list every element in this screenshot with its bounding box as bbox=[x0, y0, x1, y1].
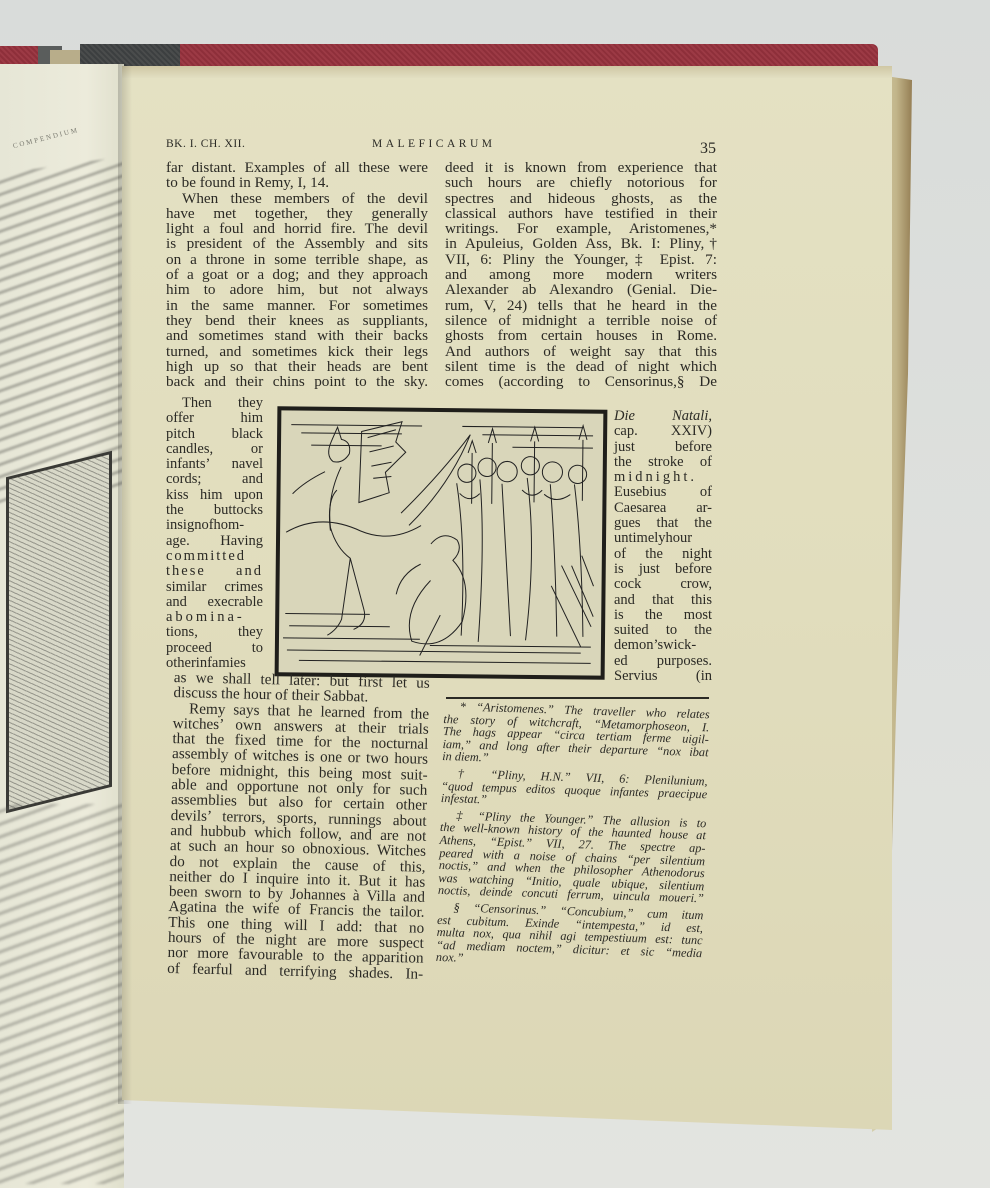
text-line: is the most bbox=[614, 608, 712, 623]
text-line: back and their chins point to the sky. bbox=[166, 374, 428, 389]
text-line: classical authors have testified in thei… bbox=[445, 206, 717, 221]
running-head-chapter: BK. I. CH. XII. bbox=[166, 138, 245, 150]
text-line: abomina- bbox=[166, 610, 263, 625]
text-line: to be found in Remy, I, 14. bbox=[166, 175, 428, 190]
page-top-edge bbox=[122, 66, 892, 78]
text-line: light a foul and horrid fire. The devil bbox=[166, 221, 428, 236]
text-line: and sometimes stand with their backs bbox=[166, 328, 428, 343]
text-line: midnight. bbox=[614, 470, 712, 485]
text-line: of a goat or a dog; and they approach bbox=[166, 267, 428, 282]
text-line: him to adore him, but not always bbox=[166, 282, 428, 297]
text-line: and that this bbox=[614, 593, 712, 608]
text-line: deed it is known from experience that bbox=[445, 160, 717, 175]
text-line: such hours are chiefly notorious for bbox=[445, 175, 717, 190]
text-line: of the night bbox=[614, 547, 712, 562]
text-line: turned, and sometimes kick their legs bbox=[166, 344, 428, 359]
text-line: is just before bbox=[614, 562, 712, 577]
text-line: far distant. Examples of all these were bbox=[166, 160, 428, 175]
text-line: When these members of the devil bbox=[166, 191, 428, 206]
text-line: silence of midnight a terrible noise of bbox=[445, 313, 717, 328]
text-line: the stroke of bbox=[614, 455, 712, 470]
text-line: they bend their knees as suppliants, bbox=[166, 313, 428, 328]
text-line: Servius (in bbox=[614, 669, 712, 684]
text-line: writings. For example, Aristomenes,* bbox=[445, 221, 717, 236]
page-number: 35 bbox=[700, 140, 716, 158]
gutter-shadow bbox=[118, 64, 132, 1104]
text-line: is president of the Assembly and sits bbox=[166, 236, 428, 251]
text-line: silent time is the dead of night which bbox=[445, 359, 717, 374]
text-line: infants’ navel bbox=[166, 457, 263, 472]
running-head-title: MALEFICARUM bbox=[372, 138, 495, 150]
left-page: COMPENDIUM bbox=[0, 64, 124, 1188]
text-line: insignofhom- bbox=[166, 518, 263, 533]
text-line: kiss him upon bbox=[166, 488, 263, 503]
footnote-asterisk: * “Aristomenes.” The traveller who relat… bbox=[442, 700, 710, 771]
text-line: gues that the bbox=[614, 516, 712, 531]
text-line: Caesarea ar- bbox=[614, 501, 712, 516]
right-column-top: deed it is known from experience that su… bbox=[445, 160, 717, 389]
text-line: demon’swick- bbox=[614, 638, 712, 653]
footnotes: * “Aristomenes.” The traveller who relat… bbox=[436, 700, 710, 976]
footnote-section: § “Censorinus.” “Concubium,” cum itum es… bbox=[436, 901, 704, 972]
text-line: suited to the bbox=[614, 623, 712, 638]
text-line: age. Having bbox=[166, 534, 263, 549]
footnote-rule bbox=[446, 697, 709, 699]
text-line: Eusebius of bbox=[614, 485, 712, 500]
left-page-text-blurred-lower bbox=[0, 804, 124, 1184]
text-line: in Apuleius, Golden Ass, Bk. I: Pliny,† bbox=[445, 236, 717, 251]
text-line: in the same manner. For sometimes bbox=[166, 298, 428, 313]
text-line: tions, they bbox=[166, 625, 263, 640]
text-line: these and bbox=[166, 564, 263, 579]
text-line: cap. XXIV) bbox=[614, 424, 712, 439]
left-column-wrap: Then they offer him pitch black candles,… bbox=[166, 396, 263, 671]
text-line: committed bbox=[166, 549, 263, 564]
text-line: VII, 6: Pliny the Younger,‡ Epist. 7: bbox=[445, 252, 717, 267]
footnote-double-dagger: ‡ “Pliny the Younger.” The allusion is t… bbox=[438, 809, 707, 905]
text-line: Then they bbox=[166, 396, 263, 411]
text-line: proceed to bbox=[166, 641, 263, 656]
right-column-wrap: Die Natali, cap. XXIV) just before the s… bbox=[614, 409, 712, 684]
left-column-top: far distant. Examples of all these were … bbox=[166, 160, 428, 389]
text-line: ed purposes. bbox=[614, 654, 712, 669]
text-line: ghosts from certain houses in Rome. bbox=[445, 328, 717, 343]
text-line: untimelyhour bbox=[614, 531, 712, 546]
text-line: just before bbox=[614, 440, 712, 455]
text-line: on a throne in some terrible shape, as bbox=[166, 252, 428, 267]
text-line: offer him bbox=[166, 411, 263, 426]
text-line: the buttocks bbox=[166, 503, 263, 518]
left-column-bottom: as we shall tell later: but first let us… bbox=[167, 670, 430, 982]
devil-witches-woodcut-image bbox=[279, 410, 604, 675]
text-line: high up so that their heads are bent bbox=[166, 359, 428, 374]
text-line: rum, V, 24) tells that he heard in the bbox=[445, 298, 717, 313]
text-line: cock crow, bbox=[614, 577, 712, 592]
woodcut-illustration bbox=[275, 406, 608, 679]
text-line: pitch black bbox=[166, 427, 263, 442]
left-page-woodcut bbox=[6, 451, 112, 813]
text-line: cords; and bbox=[166, 472, 263, 487]
text-line: and execrable bbox=[166, 595, 263, 610]
footnote-dagger: † “Pliny, H.N.” VII, 6: Plenilunium, “qu… bbox=[441, 767, 708, 813]
text-line: candles, or bbox=[166, 442, 263, 457]
text-line: have met together, they generally bbox=[166, 206, 428, 221]
text-line: And authors of weight say that this bbox=[445, 344, 717, 359]
text-line: similar crimes bbox=[166, 580, 263, 595]
text-line: comes (according to Censorinus,§ De bbox=[445, 374, 717, 389]
text-line: spectres and hideous ghosts, as the bbox=[445, 191, 717, 206]
text-line: and among more modern writers bbox=[445, 267, 717, 282]
text-line: Die Natali, bbox=[614, 409, 712, 424]
left-page-running-head: COMPENDIUM bbox=[12, 126, 80, 150]
text-line: Alexander ab Alexandro (Genial. Die- bbox=[445, 282, 717, 297]
